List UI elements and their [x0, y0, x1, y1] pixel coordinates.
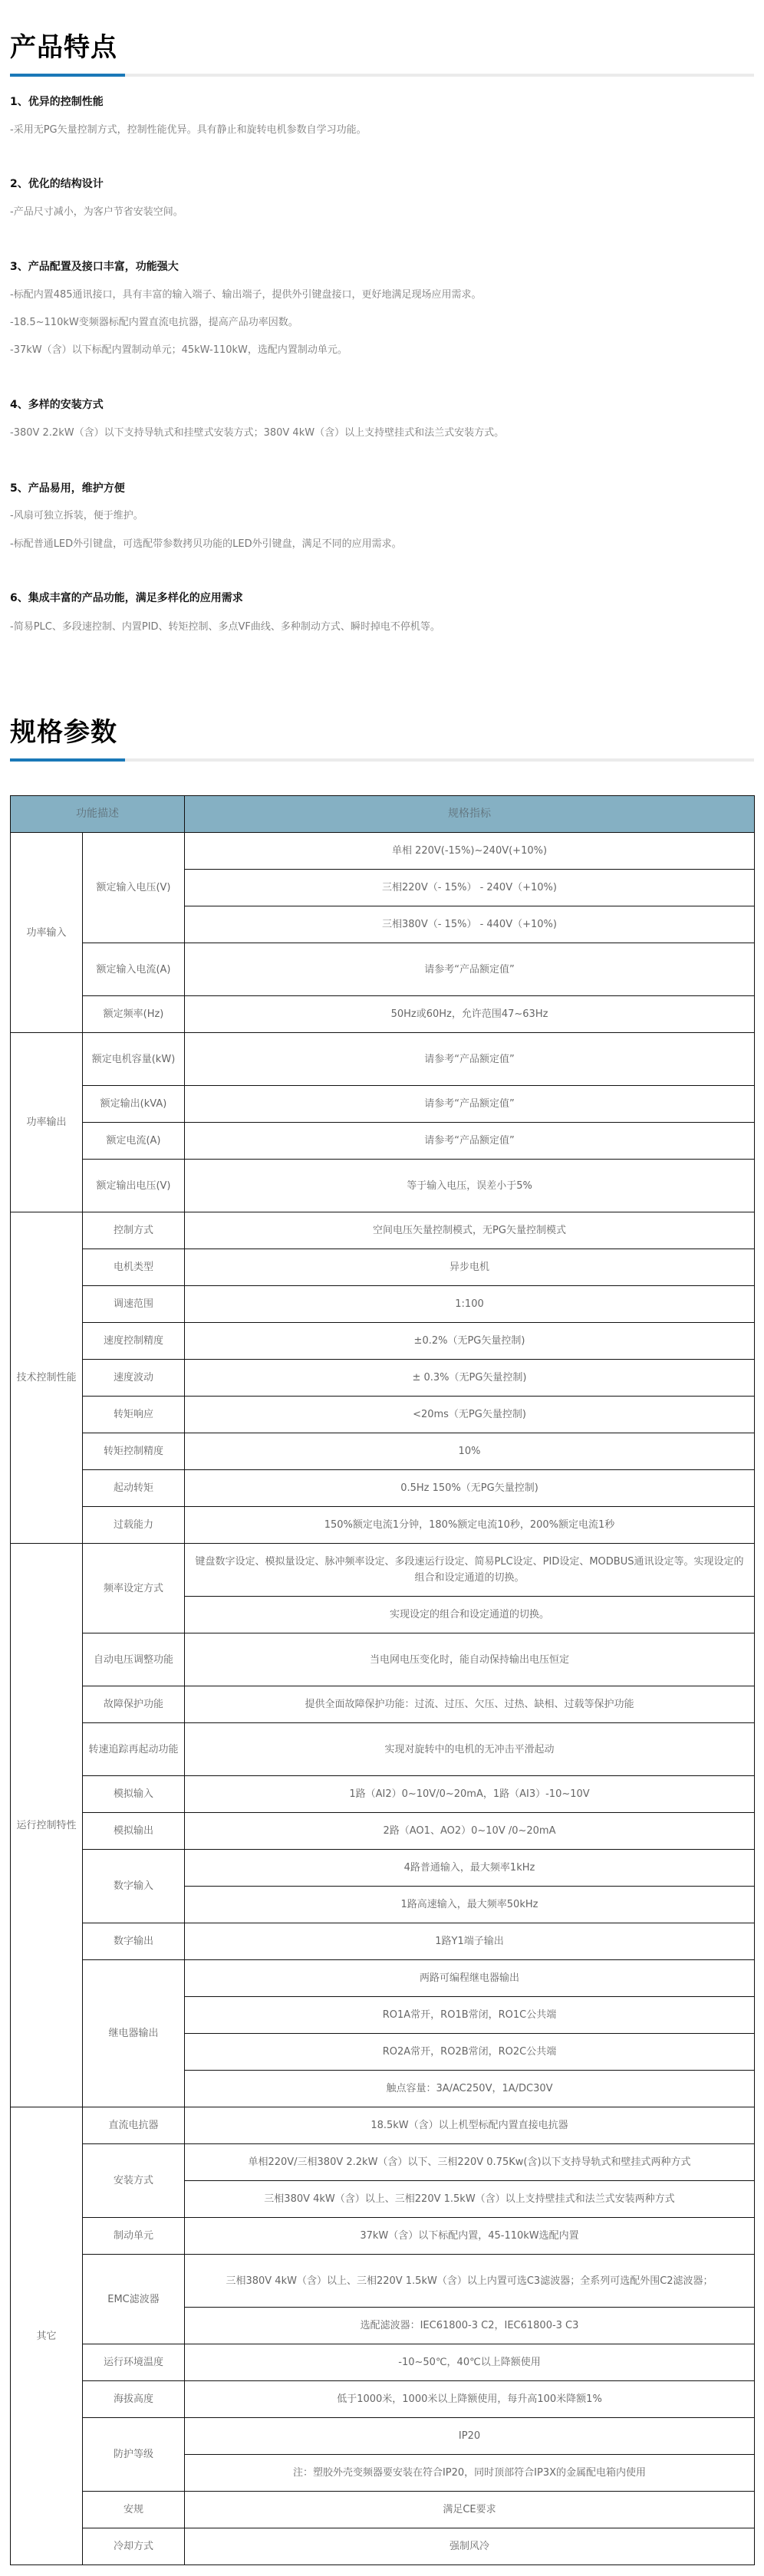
item-label: 速度控制精度 [83, 1323, 185, 1360]
table-row: 数字输出1路Y1端子输出 [11, 1923, 755, 1960]
spec-table: 功能描述 规格指标 功率输入额定输入电压(V)单相 220V(-15%)~240… [10, 795, 755, 2565]
table-row: 模拟输入1路（AI2）0~10V/0~20mA，1路（AI3）-10~10V [11, 1776, 755, 1813]
item-label: 安装方式 [83, 2144, 185, 2218]
spec-value: 触点容量：3A/AC250V，1A/DC30V [185, 2071, 755, 2107]
item-label: 冷却方式 [83, 2528, 185, 2565]
item-label: 过载能力 [83, 1507, 185, 1544]
item-label: 直流电抗器 [83, 2107, 185, 2144]
item-label: 防护等级 [83, 2418, 185, 2492]
spec-value: 请参考“产品额定值” [185, 1033, 755, 1086]
item-label: 额定输入电流(A) [83, 943, 185, 996]
table-row: 额定电流(A)请参考“产品额定值” [11, 1123, 755, 1160]
feature-line: -风扇可独立拆装，便于维护。 [10, 508, 143, 524]
table-row: 额定频率(Hz)50Hz或60Hz，允许范围47~63Hz [11, 996, 755, 1033]
spec-value: 1路（AI2）0~10V/0~20mA，1路（AI3）-10~10V [185, 1776, 755, 1813]
item-label: 速度波动 [83, 1360, 185, 1397]
table-row: 海拔高度低于1000米，1000米以上降额使用，每升高100米降额1% [11, 2381, 755, 2418]
feature-heading-5: 5、产品易用，维护方便 [10, 481, 125, 496]
item-label: 自动电压调整功能 [83, 1633, 185, 1686]
item-label: 控制方式 [83, 1212, 185, 1249]
spec-value: 满足CE要求 [185, 2492, 755, 2528]
spec-value: 18.5kW（含）以上机型标配内置直接电抗器 [185, 2107, 755, 2144]
spec-value: 两路可编程继电器输出 [185, 1960, 755, 1997]
table-row: 功率输入额定输入电压(V)单相 220V(-15%)~240V(+10%) [11, 833, 755, 870]
spec-value: 三相380V（- 15%） - 440V（+10%) [185, 906, 755, 943]
feature-heading-6: 6、集成丰富的产品功能，满足多样化的应用需求 [10, 591, 243, 606]
item-label: 模拟输入 [83, 1776, 185, 1813]
table-row: 转矩控制精度10% [11, 1433, 755, 1470]
feature-line: -产品尺寸减小，为客户节省安装空间。 [10, 205, 183, 220]
table-row: 模拟输出2路（AO1、AO2）0~10V /0~20mA [11, 1813, 755, 1850]
item-label: 海拔高度 [83, 2381, 185, 2418]
spec-value: 键盘数字设定、模拟量设定、脉冲频率设定、多段速运行设定、简易PLC设定、PID设… [185, 1544, 755, 1597]
feature-line: -18.5~110kW变频器标配内置直流电抗器，提高产品功率因数。 [10, 315, 298, 331]
table-row: 额定输入电流(A)请参考“产品额定值” [11, 943, 755, 996]
item-label: 模拟输出 [83, 1813, 185, 1850]
spec-value: 等于输入电压，误差小于5% [185, 1160, 755, 1212]
spec-value: 三相380V 4kW（含）以上、三相220V 1.5kW（含）以上支持壁挂式和法… [185, 2181, 755, 2218]
table-row: 故障保护功能提供全面故障保护功能：过流、过压、欠压、过热、缺相、过载等保护功能 [11, 1686, 755, 1723]
item-label: 额定输出电压(V) [83, 1160, 185, 1212]
spec-value: ±0.2%（无PG矢量控制) [185, 1323, 755, 1360]
group-label: 其它 [11, 2107, 83, 2565]
item-label: 故障保护功能 [83, 1686, 185, 1723]
table-row: 功率输出额定电机容量(kW)请参考“产品额定值” [11, 1033, 755, 1086]
spec-value: 强制风冷 [185, 2528, 755, 2565]
spec-value: 实现设定的组合和设定通道的切换。 [185, 1597, 755, 1633]
spec-value: 实现对旋转中的电机的无冲击平滑起动 [185, 1723, 755, 1776]
spec-value: RO2A常开，RO2B常闭，RO2C公共端 [185, 2034, 755, 2071]
table-row: 数字输入4路普通输入，最大频率1kHz [11, 1850, 755, 1887]
spec-value: 异步电机 [185, 1249, 755, 1286]
table-row: 速度控制精度±0.2%（无PG矢量控制) [11, 1323, 755, 1360]
item-label: 转矩控制精度 [83, 1433, 185, 1470]
spec-value: IP20 [185, 2418, 755, 2455]
features-title: 产品特点 [10, 32, 117, 63]
table-row: 起动转矩0.5Hz 150%（无PG矢量控制) [11, 1470, 755, 1507]
feature-line: -380V 2.2kW（含）以下支持导轨式和挂壁式安装方式；380V 4kW（含… [10, 426, 504, 441]
item-label: 数字输出 [83, 1923, 185, 1960]
table-row: 继电器输出两路可编程继电器输出 [11, 1960, 755, 1997]
table-row: 速度波动± 0.3%（无PG矢量控制) [11, 1360, 755, 1397]
item-label: EMC滤波器 [83, 2255, 185, 2344]
spec-value: 单相 220V(-15%)~240V(+10%) [185, 833, 755, 870]
table-row: 运行控制特性频率设定方式键盘数字设定、模拟量设定、脉冲频率设定、多段速运行设定、… [11, 1544, 755, 1597]
table-row: 调速范围1:100 [11, 1286, 755, 1323]
group-label: 运行控制特性 [11, 1544, 83, 2107]
table-row: 自动电压调整功能当电网电压变化时，能自动保持输出电压恒定 [11, 1633, 755, 1686]
spec-value: RO1A常开，RO1B常闭，RO1C公共端 [185, 1997, 755, 2034]
table-row: 过载能力150%额定电流1分钟，180%额定电流10秒，200%额定电流1秒 [11, 1507, 755, 1544]
spec-value: <20ms（无PG矢量控制) [185, 1397, 755, 1433]
item-label: 调速范围 [83, 1286, 185, 1323]
title-accent-bar [10, 74, 125, 77]
spec-value: 4路普通输入，最大频率1kHz [185, 1850, 755, 1887]
spec-value: 三相380V 4kW（含）以上、三相220V 1.5kW（含）以上内置可选C3滤… [185, 2255, 755, 2308]
feature-heading-1: 1、优异的控制性能 [10, 94, 104, 110]
spec-value: 1路Y1端子输出 [185, 1923, 755, 1960]
table-row: 运行环境温度-10~50℃，40℃以上降额使用 [11, 2344, 755, 2381]
specs-title-rule [10, 758, 754, 762]
feature-heading-4: 4、多样的安装方式 [10, 397, 104, 413]
feature-line: -标配普通LED外引键盘，可选配带参数拷贝功能的LED外引键盘，满足不同的应用需… [10, 537, 402, 552]
table-row: 防护等级IP20 [11, 2418, 755, 2455]
spec-value: 50Hz或60Hz，允许范围47~63Hz [185, 996, 755, 1033]
group-label: 功率输出 [11, 1033, 83, 1212]
spec-value: 请参考“产品额定值” [185, 1123, 755, 1160]
specs-title: 规格参数 [10, 717, 117, 748]
spec-value: 1:100 [185, 1286, 755, 1323]
item-label: 额定电机容量(kW) [83, 1033, 185, 1086]
spec-value: 请参考“产品额定值” [185, 943, 755, 996]
item-label: 额定输入电压(V) [83, 833, 185, 943]
item-label: 数字输入 [83, 1850, 185, 1923]
spec-value: 150%额定电流1分钟，180%额定电流10秒，200%额定电流1秒 [185, 1507, 755, 1544]
spec-value: 选配滤波器：IEC61800-3 C2，IEC61800-3 C3 [185, 2308, 755, 2344]
header-function: 功能描述 [11, 796, 185, 833]
spec-value: 10% [185, 1433, 755, 1470]
table-row: 额定输出电压(V)等于输入电压，误差小于5% [11, 1160, 755, 1212]
table-row: 其它直流电抗器18.5kW（含）以上机型标配内置直接电抗器 [11, 2107, 755, 2144]
spec-value: 请参考“产品额定值” [185, 1086, 755, 1123]
table-row: 额定输出(kVA)请参考“产品额定值” [11, 1086, 755, 1123]
spec-value: 提供全面故障保护功能：过流、过压、欠压、过热、缺相、过载等保护功能 [185, 1686, 755, 1723]
spec-value: 三相220V（- 15%） - 240V（+10%) [185, 870, 755, 906]
spec-value: 注：塑胶外壳变频器要安装在符合IP20，同时顶部符合IP3X的金属配电箱内使用 [185, 2455, 755, 2492]
spec-table-header: 功能描述 规格指标 [11, 796, 755, 833]
spec-value: 37kW（含）以下标配内置，45-110kW选配内置 [185, 2218, 755, 2255]
table-row: 转速追踪再起动功能实现对旋转中的电机的无冲击平滑起动 [11, 1723, 755, 1776]
item-label: 额定输出(kVA) [83, 1086, 185, 1123]
spec-value: 空间电压矢量控制模式，无PG矢量控制模式 [185, 1212, 755, 1249]
item-label: 转速追踪再起动功能 [83, 1723, 185, 1776]
feature-line: -采用无PG矢量控制方式，控制性能优异。具有静止和旋转电机参数自学习功能。 [10, 123, 367, 138]
group-label: 功率输入 [11, 833, 83, 1033]
spec-value: 1路高速输入，最大频率50kHz [185, 1887, 755, 1923]
spec-value: 当电网电压变化时，能自动保持输出电压恒定 [185, 1633, 755, 1686]
feature-heading-2: 2、优化的结构设计 [10, 176, 104, 192]
feature-line: -标配内置485通讯接口，具有丰富的输入端子、输出端子，提供外引键盘接口，更好地… [10, 288, 482, 303]
table-row: 转矩响应<20ms（无PG矢量控制) [11, 1397, 755, 1433]
group-label: 技术控制性能 [11, 1212, 83, 1544]
item-label: 电机类型 [83, 1249, 185, 1286]
item-label: 运行环境温度 [83, 2344, 185, 2381]
header-spec: 规格指标 [185, 796, 755, 833]
spec-table-body: 功率输入额定输入电压(V)单相 220V(-15%)~240V(+10%)三相2… [11, 833, 755, 2565]
table-row: 电机类型异步电机 [11, 1249, 755, 1286]
item-label: 额定频率(Hz) [83, 996, 185, 1033]
title-accent-bar [10, 758, 125, 762]
item-label: 额定电流(A) [83, 1123, 185, 1160]
item-label: 安规 [83, 2492, 185, 2528]
spec-value: ± 0.3%（无PG矢量控制) [185, 1360, 755, 1397]
item-label: 起动转矩 [83, 1470, 185, 1507]
item-label: 频率设定方式 [83, 1544, 185, 1633]
item-label: 转矩响应 [83, 1397, 185, 1433]
spec-value: 单相220V/三相380V 2.2kW（含）以下、三相220V 0.75Kw(含… [185, 2144, 755, 2181]
table-row: EMC滤波器三相380V 4kW（含）以上、三相220V 1.5kW（含）以上内… [11, 2255, 755, 2308]
feature-line: -简易PLC、多段速控制、内置PID、转矩控制、多点VF曲线、多种制动方式、瞬时… [10, 620, 440, 635]
feature-line: -37kW（含）以下标配内置制动单元；45kW-110kW，选配内置制动单元。 [10, 343, 347, 358]
spec-value: 0.5Hz 150%（无PG矢量控制) [185, 1470, 755, 1507]
feature-heading-3: 3、产品配置及接口丰富，功能强大 [10, 259, 179, 275]
table-row: 冷却方式强制风冷 [11, 2528, 755, 2565]
item-label: 继电器输出 [83, 1960, 185, 2107]
table-row: 安装方式单相220V/三相380V 2.2kW（含）以下、三相220V 0.75… [11, 2144, 755, 2181]
table-row: 制动单元37kW（含）以下标配内置，45-110kW选配内置 [11, 2218, 755, 2255]
spec-value: 低于1000米，1000米以上降额使用，每升高100米降额1% [185, 2381, 755, 2418]
spec-value: -10~50℃，40℃以上降额使用 [185, 2344, 755, 2381]
spec-value: 2路（AO1、AO2）0~10V /0~20mA [185, 1813, 755, 1850]
features-title-rule [10, 74, 754, 77]
item-label: 制动单元 [83, 2218, 185, 2255]
table-row: 技术控制性能控制方式空间电压矢量控制模式，无PG矢量控制模式 [11, 1212, 755, 1249]
table-row: 安规满足CE要求 [11, 2492, 755, 2528]
